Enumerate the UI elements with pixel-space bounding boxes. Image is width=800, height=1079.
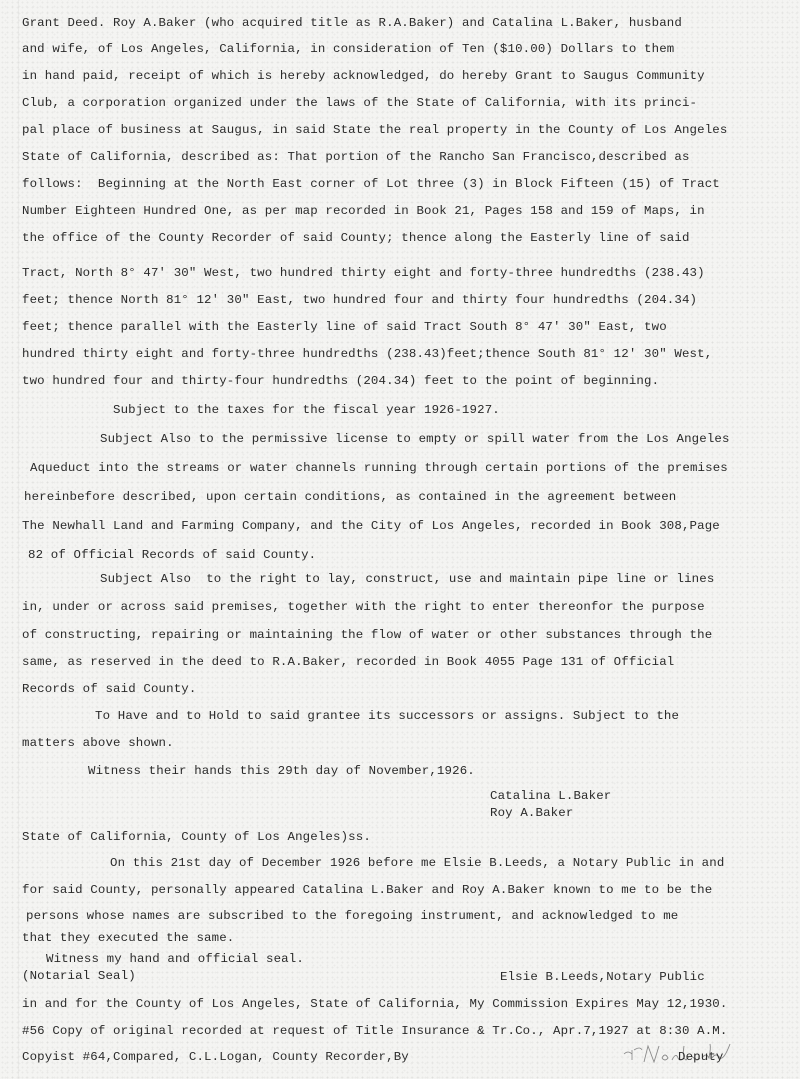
document-text-line: two hundred four and thirty-four hundred… (22, 374, 659, 388)
document-text-line: Subject Also to the right to lay, constr… (100, 572, 714, 586)
document-text-line: Roy A.Baker (490, 806, 573, 820)
document-text-line: in, under or across said premises, toget… (22, 600, 705, 614)
document-text-line: Copyist #64,Compared, C.L.Logan, County … (22, 1050, 409, 1064)
document-text-line: Grant Deed. Roy A.Baker (who acquired ti… (22, 16, 682, 30)
document-text-line: hundred thirty eight and forty-three hun… (22, 347, 712, 361)
document-text-line: #56 Copy of original recorded at request… (22, 1024, 727, 1038)
document-text-line: feet; thence North 81° 12' 30" East, two… (22, 293, 697, 307)
document-text-line: (Notarial Seal) (22, 969, 136, 983)
document-text-line: On this 21st day of December 1926 before… (110, 856, 724, 870)
document-text-line: Number Eighteen Hundred One, as per map … (22, 204, 705, 218)
document-text-line: Witness their hands this 29th day of Nov… (88, 764, 475, 778)
document-text-line: Aqueduct into the streams or water chann… (30, 461, 728, 475)
document-text-line: pal place of business at Saugus, in said… (22, 123, 727, 137)
document-text-line: for said County, personally appeared Cat… (22, 883, 712, 897)
document-text-line: same, as reserved in the deed to R.A.Bak… (22, 655, 674, 669)
document-text-line: Catalina L.Baker (490, 789, 611, 803)
document-text-line: State of California, County of Los Angel… (22, 830, 371, 844)
document-text-line: persons whose names are subscribed to th… (26, 909, 678, 923)
document-text-line: State of California, described as: That … (22, 150, 690, 164)
document-text-line: of constructing, repairing or maintainin… (22, 628, 712, 642)
document-text-line: in and for the County of Los Angeles, St… (22, 997, 727, 1011)
document-text-line: Subject to the taxes for the fiscal year… (113, 403, 500, 417)
document-text-line: the office of the County Recorder of sai… (22, 231, 690, 245)
document-text-line: Elsie B.Leeds,Notary Public (500, 970, 705, 984)
document-text-line: and wife, of Los Angeles, California, in… (22, 42, 674, 56)
document-text-line: 82 of Official Records of said County. (28, 548, 316, 562)
document-text-line: Deputy (678, 1050, 724, 1064)
page-edge-shadow (18, 0, 19, 1079)
document-text-line: Records of said County. (22, 682, 196, 696)
document-text-line: matters above shown. (22, 736, 174, 750)
document-text-line: in hand paid, receipt of which is hereby… (22, 69, 705, 83)
document-text-line: Club, a corporation organized under the … (22, 96, 697, 110)
document-text-line: The Newhall Land and Farming Company, an… (22, 519, 720, 533)
document-text-line: hereinbefore described, upon certain con… (24, 490, 676, 504)
grant-deed-page: Grant Deed. Roy A.Baker (who acquired ti… (0, 0, 800, 1079)
document-text-line: feet; thence parallel with the Easterly … (22, 320, 667, 334)
document-text-line: Witness my hand and official seal. (46, 952, 304, 966)
document-text-line: Subject Also to the permissive license t… (100, 432, 730, 446)
document-text-line: follows: Beginning at the North East cor… (22, 177, 720, 191)
document-text-line: To Have and to Hold to said grantee its … (95, 709, 679, 723)
document-text-line: Tract, North 8° 47' 30" West, two hundre… (22, 266, 705, 280)
document-text-line: that they executed the same. (22, 931, 234, 945)
